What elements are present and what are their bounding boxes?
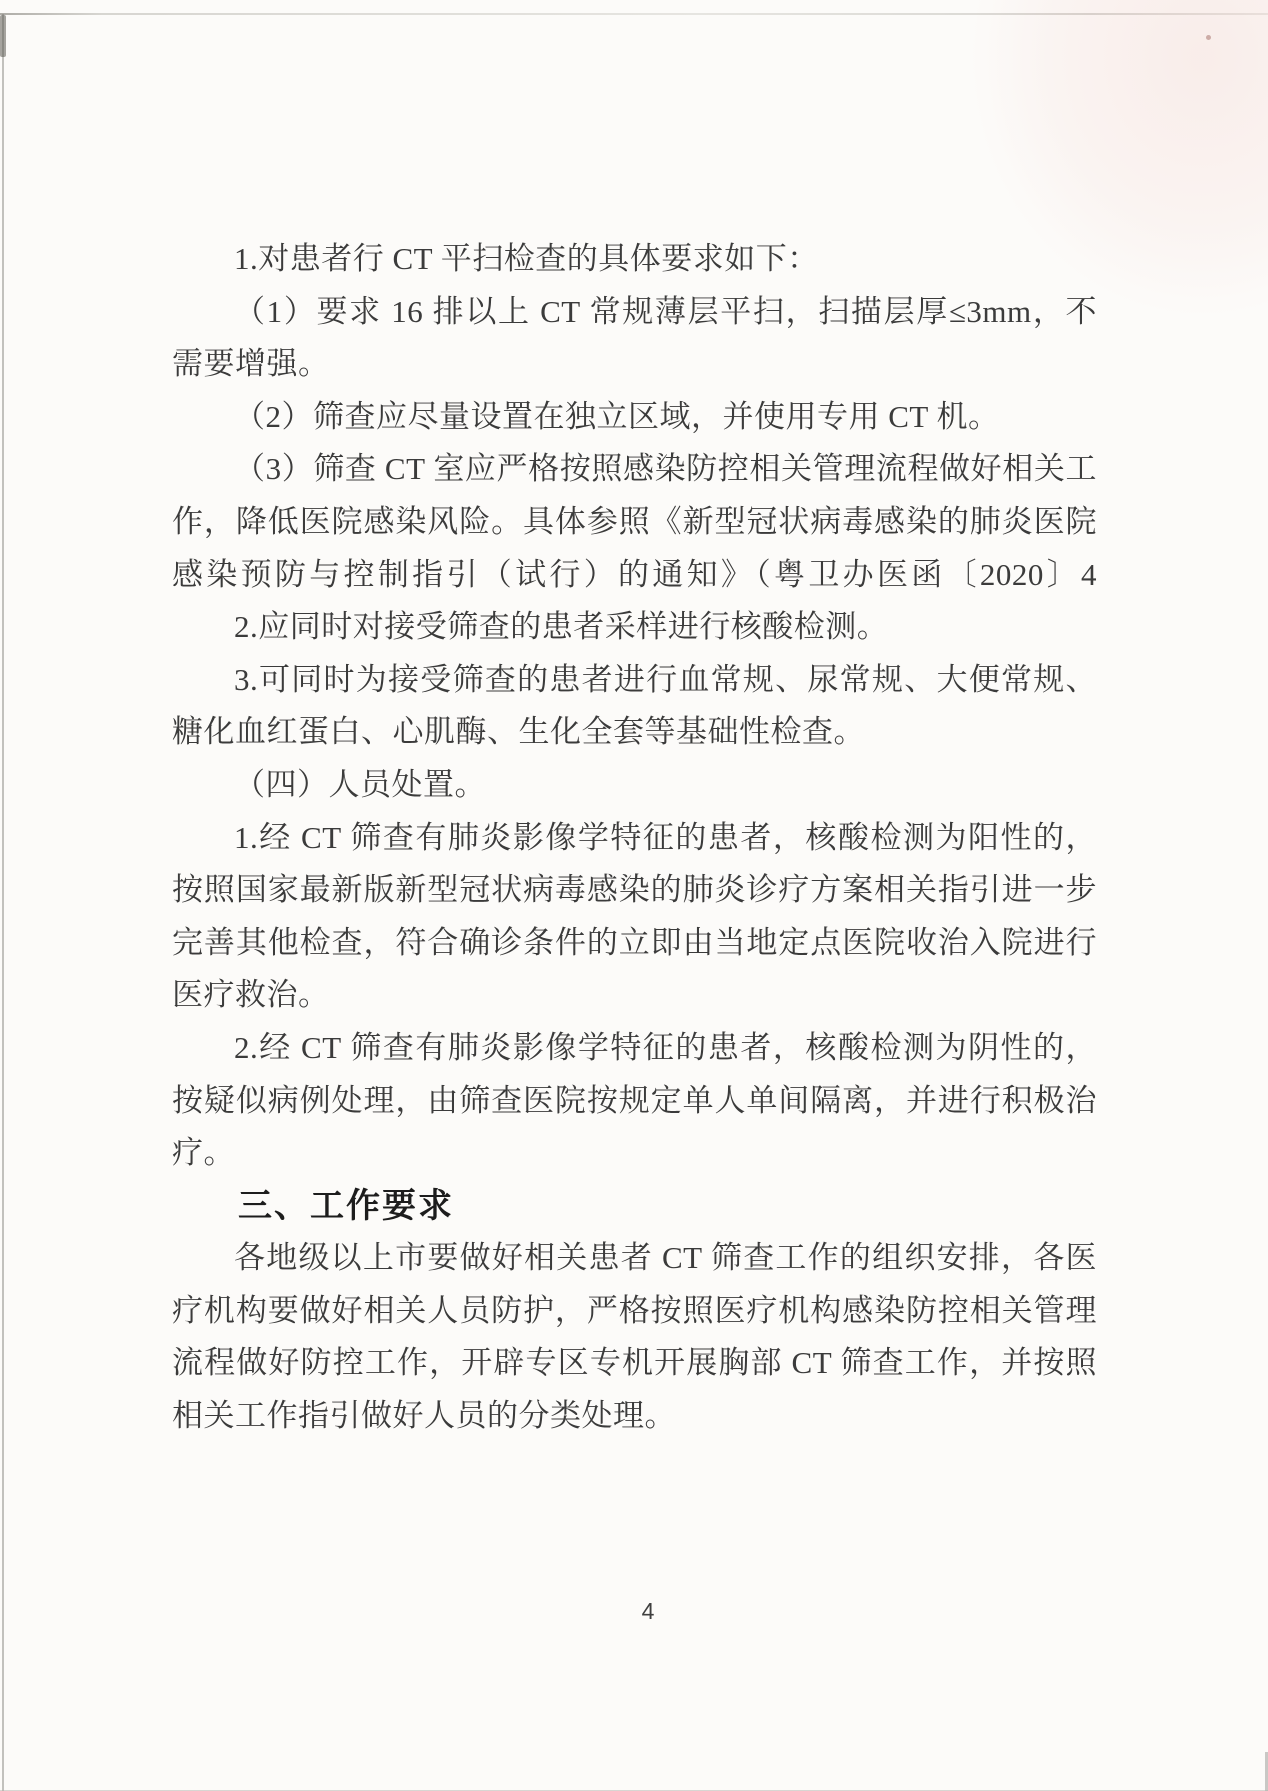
- document-line: 1.对患者行 CT 平扫检查的具体要求如下：: [172, 233, 1097, 286]
- document-line: 需要增强。: [172, 338, 1097, 391]
- document-line: 各地级以上市要做好相关患者 CT 筛查工作的组织安排，各医: [172, 1232, 1097, 1285]
- scan-edge-left: [2, 14, 4, 1791]
- document-line: 1.经 CT 筛查有肺炎影像学特征的患者，核酸检测为阳性的，: [172, 812, 1097, 865]
- document-body: 1.对患者行 CT 平扫检查的具体要求如下： （1）要求 16 排以上 CT 常…: [172, 233, 1097, 1443]
- document-line: 感染预防与控制指引（试行）的通知》（粤卫办医函〔2020〕4 号）。: [172, 549, 1097, 602]
- document-line: 完善其他检查，符合确诊条件的立即由当地定点医院收治入院进行: [172, 917, 1097, 970]
- document-line: （2）筛查应尽量设置在独立区域，并使用专用 CT 机。: [172, 391, 1097, 444]
- scan-dot: [1206, 35, 1211, 40]
- scan-corner-mark: [0, 15, 6, 57]
- document-line: （四）人员处置。: [172, 759, 1097, 812]
- document-line: 按疑似病例处理，由筛查医院按规定单人单间隔离，并进行积极治: [172, 1075, 1097, 1128]
- document-line: （3）筛查 CT 室应严格按照感染防控相关管理流程做好相关工: [172, 443, 1097, 496]
- document-line: 2.应同时对接受筛查的患者采样进行核酸检测。: [172, 601, 1097, 654]
- document-line: （1）要求 16 排以上 CT 常规薄层平扫，扫描层厚≤3mm，不: [172, 286, 1097, 339]
- document-line: 医疗救治。: [172, 969, 1097, 1022]
- page-number: 4: [14, 1596, 1268, 1626]
- document-line: 作，降低医院感染风险。具体参照《新型冠状病毒感染的肺炎医院: [172, 496, 1097, 549]
- document-line: 相关工作指引做好人员的分类处理。: [172, 1390, 1097, 1443]
- document-line: 糖化血红蛋白、心肌酶、生化全套等基础性检查。: [172, 706, 1097, 759]
- scanned-document-page: 1.对患者行 CT 平扫检查的具体要求如下： （1）要求 16 排以上 CT 常…: [0, 0, 1268, 1791]
- document-line: 流程做好防控工作，开辟专区专机开展胸部 CT 筛查工作，并按照: [172, 1337, 1097, 1390]
- document-line: 疗机构要做好相关人员防护，严格按照医疗机构感染防控相关管理: [172, 1285, 1097, 1338]
- document-line: 3.可同时为接受筛查的患者进行血常规、尿常规、大便常规、: [172, 654, 1097, 707]
- document-line: 2.经 CT 筛查有肺炎影像学特征的患者，核酸检测为阴性的，: [172, 1022, 1097, 1075]
- section-heading: 三、工作要求: [172, 1180, 1097, 1233]
- document-line: 按照国家最新版新型冠状病毒感染的肺炎诊疗方案相关指引进一步: [172, 864, 1097, 917]
- document-line: 疗。: [172, 1127, 1097, 1180]
